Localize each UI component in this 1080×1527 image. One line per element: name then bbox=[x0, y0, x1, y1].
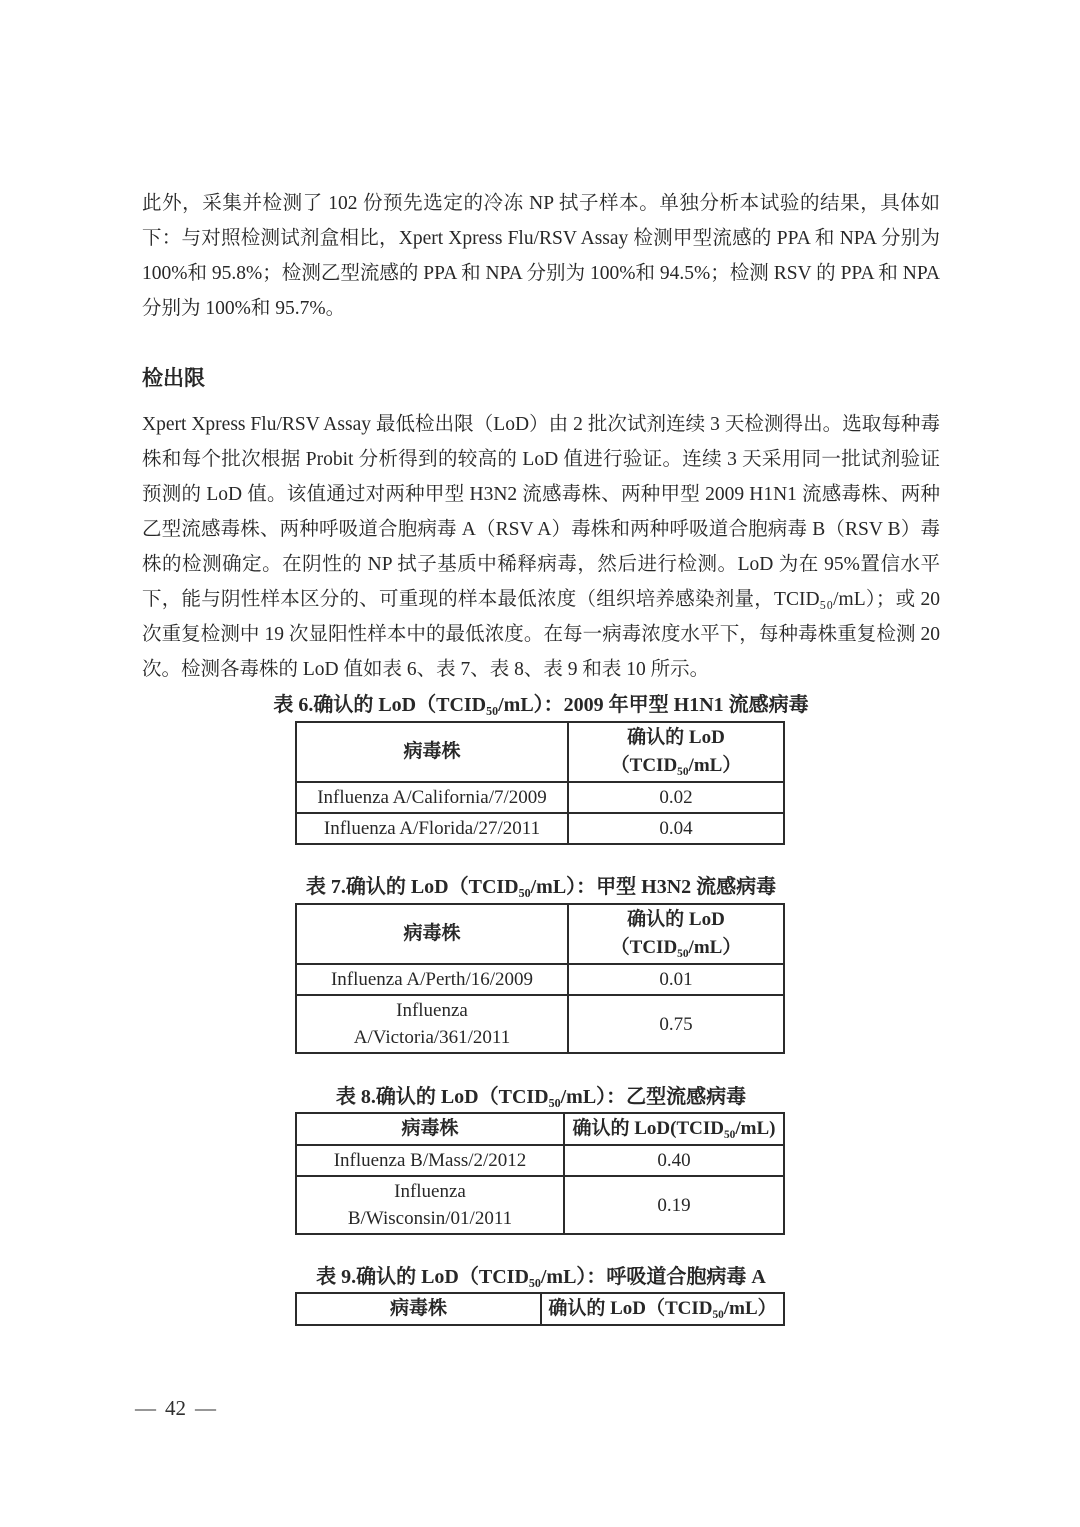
strain-cell: Influenza A/Perth/16/2009 bbox=[296, 964, 568, 995]
lod-table-influenza-b: 病毒株 确认的 LoD(TCID₅₀/mL) Influenza B/Mass/… bbox=[295, 1112, 785, 1235]
paragraph-lod-method: Xpert Xpress Flu/RSV Assay 最低检出限（LoD）由 2… bbox=[142, 407, 940, 687]
lod-column-header: 确认的 LoD （TCID₅₀/mL） bbox=[568, 904, 784, 964]
page-number: 42 bbox=[165, 1396, 186, 1420]
lod-table-rsv-a: 病毒株 确认的 LoD（TCID₅₀/mL） bbox=[295, 1292, 785, 1326]
lod-column-header: 确认的 LoD（TCID₅₀/mL） bbox=[541, 1293, 784, 1325]
section-heading-limit-of-detection: 检出限 bbox=[142, 362, 205, 392]
table-header-row: 病毒株 确认的 LoD （TCID₅₀/mL） bbox=[296, 722, 784, 782]
strain-cell: Influenza B/Mass/2/2012 bbox=[296, 1145, 564, 1176]
table-row: Influenza B/Wisconsin/01/2011 0.19 bbox=[296, 1176, 784, 1234]
strain-cell: Influenza A/Victoria/361/2011 bbox=[296, 995, 568, 1053]
strain-column-header: 病毒株 bbox=[296, 1113, 564, 1145]
strain-column-header: 病毒株 bbox=[296, 904, 568, 964]
paragraph-clinical-results: 此外，采集并检测了 102 份预先选定的冷冻 NP 拭子样本。单独分析本试验的结… bbox=[142, 186, 940, 326]
table-header-row: 病毒株 确认的 LoD （TCID₅₀/mL） bbox=[296, 904, 784, 964]
footer-right-dash: — bbox=[195, 1396, 216, 1420]
lod-column-header: 确认的 LoD （TCID₅₀/mL） bbox=[568, 722, 784, 782]
table-row: Influenza A/California/7/2009 0.02 bbox=[296, 782, 784, 813]
table-row: Influenza A/Perth/16/2009 0.01 bbox=[296, 964, 784, 995]
strain-cell: Influenza B/Wisconsin/01/2011 bbox=[296, 1176, 564, 1234]
lod-column-header: 确认的 LoD(TCID₅₀/mL) bbox=[564, 1113, 784, 1145]
table6-title: 表 6.确认的 LoD（TCID₅₀/mL）：2009 年甲型 H1N1 流感病… bbox=[142, 688, 940, 717]
strain-cell: Influenza A/California/7/2009 bbox=[296, 782, 568, 813]
strain-cell: Influenza A/Florida/27/2011 bbox=[296, 813, 568, 844]
footer-left-dash: — bbox=[135, 1396, 156, 1420]
lod-value-cell: 0.40 bbox=[564, 1145, 784, 1176]
strain-column-header: 病毒株 bbox=[296, 1293, 541, 1325]
document-page: 此外，采集并检测了 102 份预先选定的冷冻 NP 拭子样本。单独分析本试验的结… bbox=[0, 0, 1080, 1527]
table7-title: 表 7.确认的 LoD（TCID₅₀/mL）：甲型 H3N2 流感病毒 bbox=[142, 870, 940, 899]
lod-value-cell: 0.04 bbox=[568, 813, 784, 844]
lod-value-cell: 0.01 bbox=[568, 964, 784, 995]
table-row: Influenza B/Mass/2/2012 0.40 bbox=[296, 1145, 784, 1176]
table9-title: 表 9.确认的 LoD（TCID₅₀/mL）：呼吸道合胞病毒 A bbox=[142, 1260, 940, 1289]
table8-title: 表 8.确认的 LoD（TCID₅₀/mL）：乙型流感病毒 bbox=[142, 1080, 940, 1109]
lod-value-cell: 0.75 bbox=[568, 995, 784, 1053]
lod-table-h1n1: 病毒株 确认的 LoD （TCID₅₀/mL） Influenza A/Cali… bbox=[295, 721, 785, 845]
table-row: Influenza A/Victoria/361/2011 0.75 bbox=[296, 995, 784, 1053]
lod-table-h3n2: 病毒株 确认的 LoD （TCID₅₀/mL） Influenza A/Pert… bbox=[295, 903, 785, 1054]
lod-value-cell: 0.02 bbox=[568, 782, 784, 813]
table-header-row: 病毒株 确认的 LoD（TCID₅₀/mL） bbox=[296, 1293, 784, 1325]
table-header-row: 病毒株 确认的 LoD(TCID₅₀/mL) bbox=[296, 1113, 784, 1145]
lod-value-cell: 0.19 bbox=[564, 1176, 784, 1234]
strain-column-header: 病毒株 bbox=[296, 722, 568, 782]
table-row: Influenza A/Florida/27/2011 0.04 bbox=[296, 813, 784, 844]
page-footer: —42— bbox=[135, 1396, 216, 1421]
